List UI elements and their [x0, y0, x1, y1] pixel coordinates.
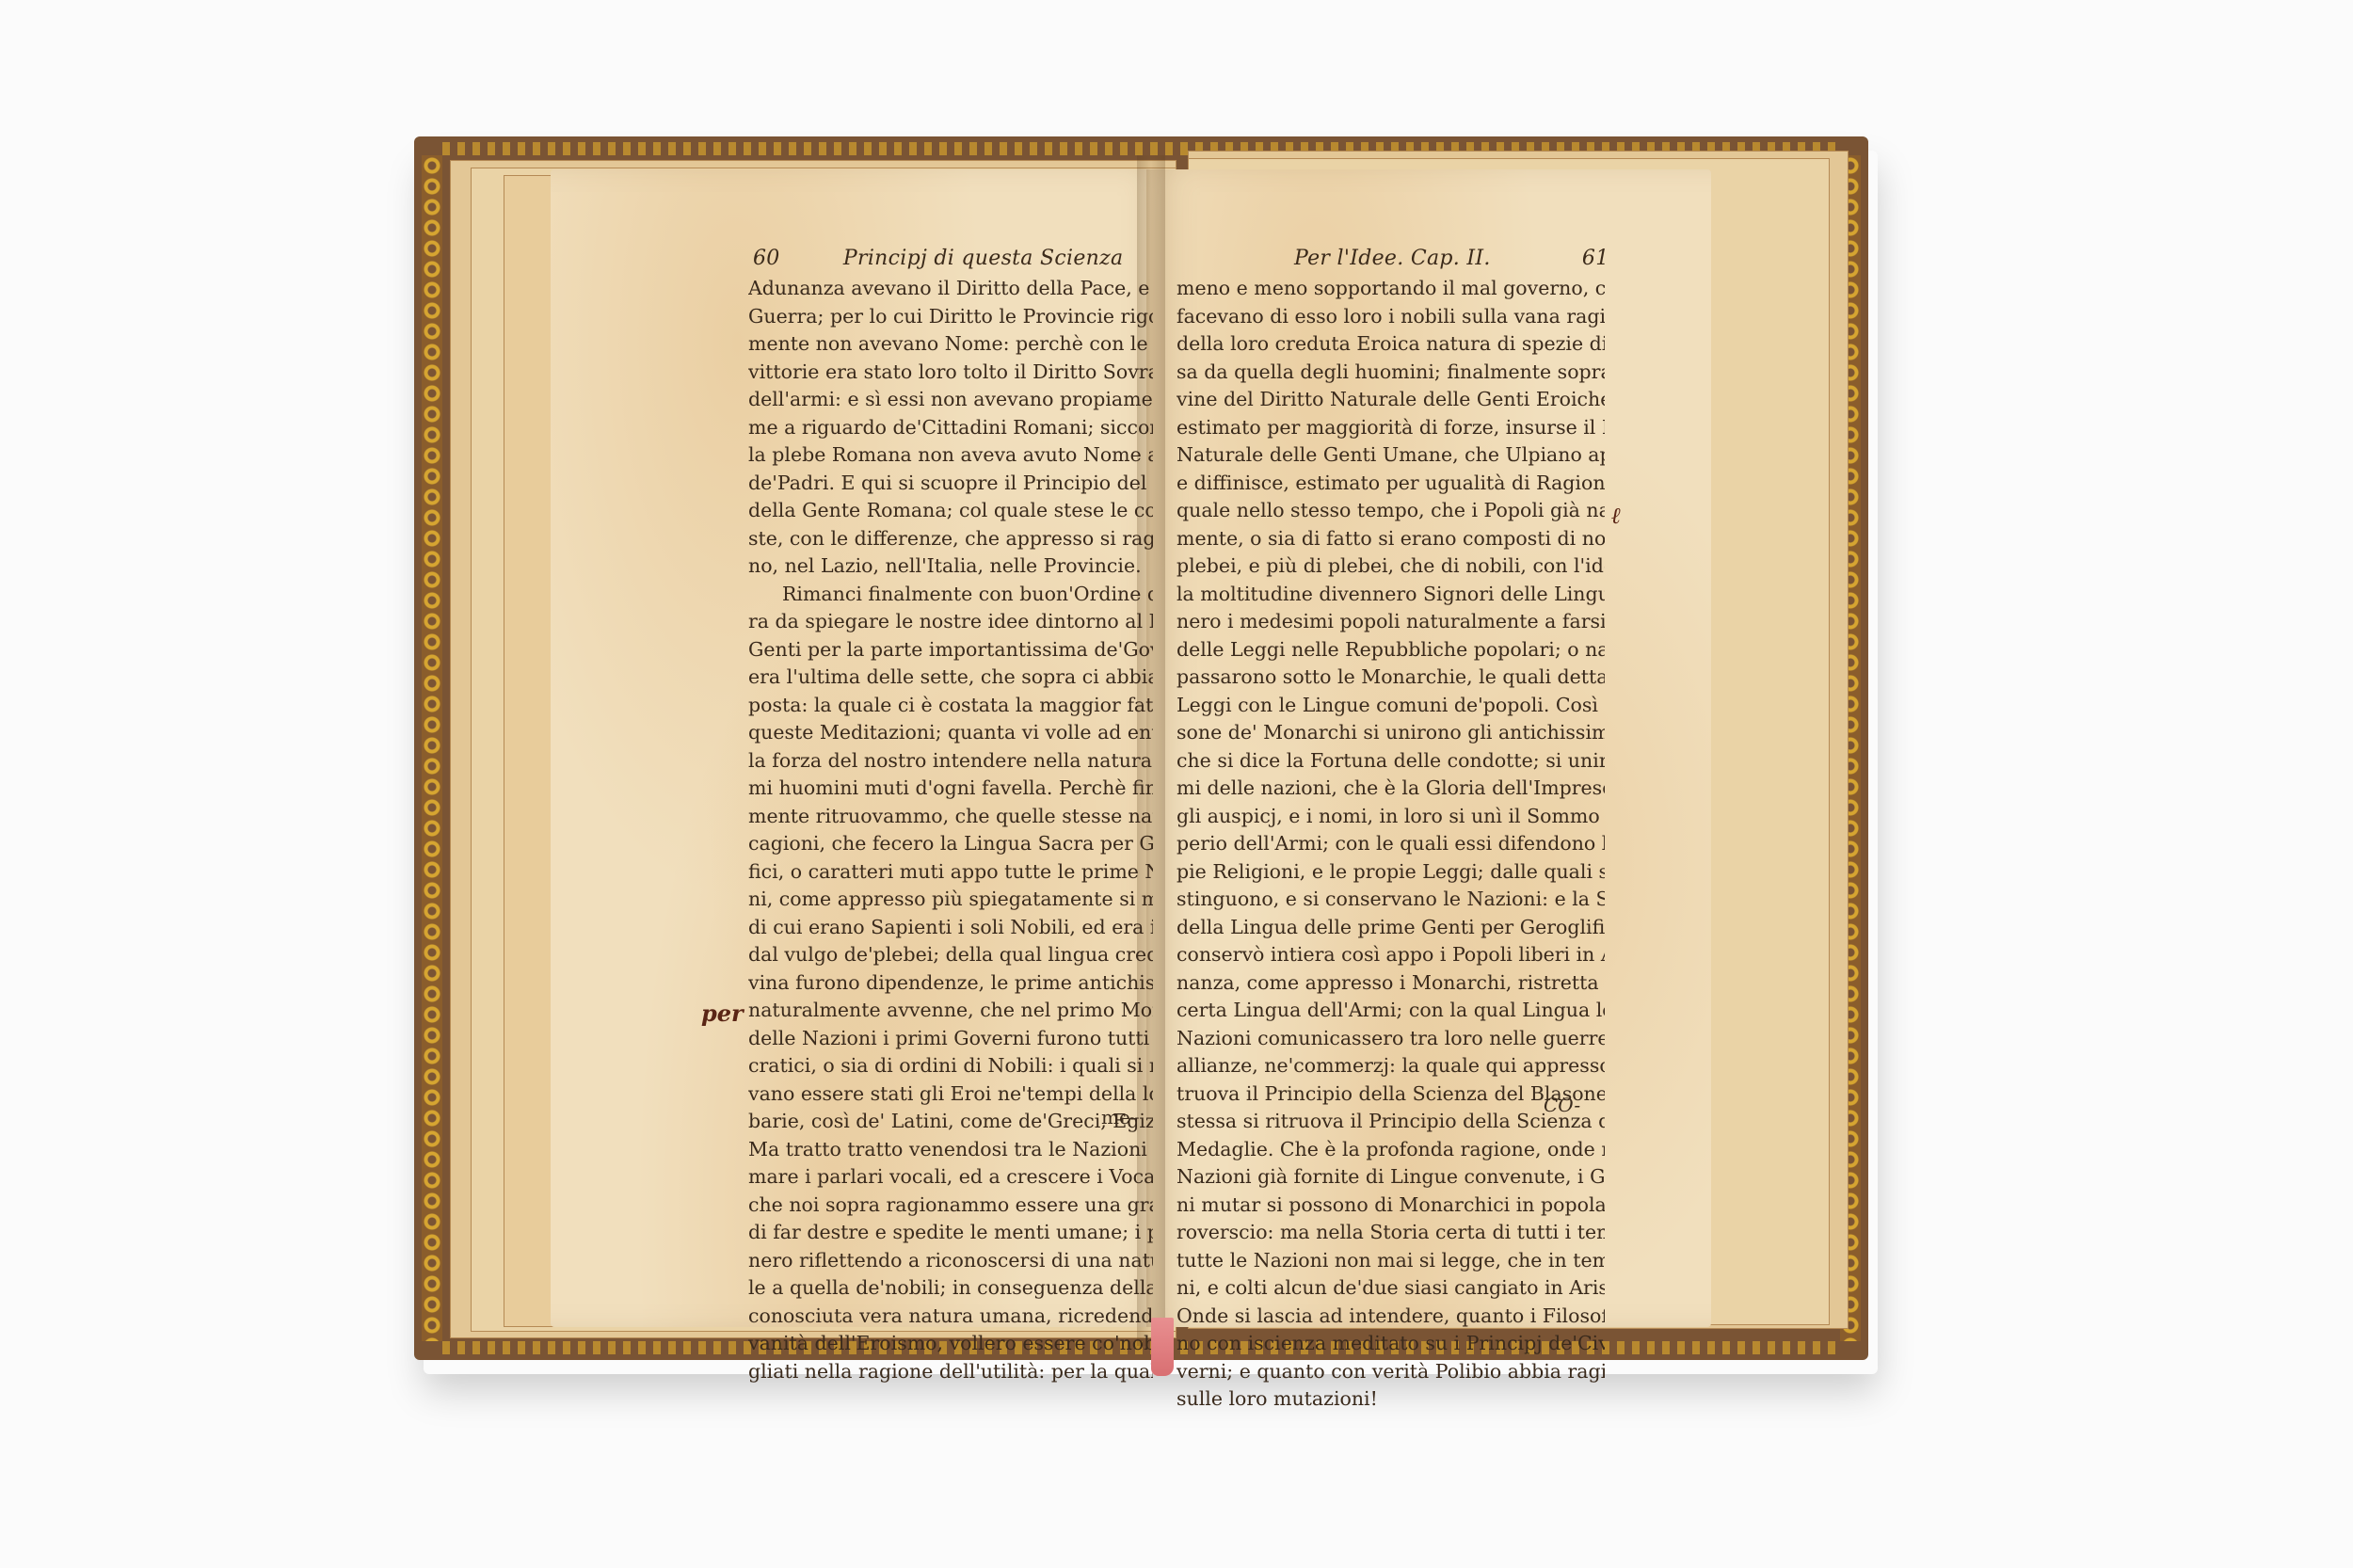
- margin-annotation-right: ℓ: [1611, 502, 1621, 530]
- left-running-title: Principj di questa Scienza: [843, 247, 1124, 270]
- text-line: nero i medesimi popoli naturalmente a fa…: [1176, 608, 1605, 636]
- text-line: Onde si lascia ad intendere, quanto i Fi…: [1176, 1303, 1605, 1331]
- right-folio: 61: [1582, 247, 1609, 270]
- text-line: la forza del nostro intendere nella natu…: [748, 747, 1153, 776]
- text-line: mare i parlari vocali, ed a crescere i V…: [748, 1163, 1153, 1192]
- text-line: vina furono dipendenze, le prime antichi…: [748, 969, 1153, 998]
- text-line: facevano di esso loro i nobili sulla van…: [1176, 303, 1605, 331]
- text-line: la plebe Romana non aveva avuto Nome a r…: [748, 441, 1153, 470]
- text-line: mente ritruovammo, che quelle stesse nat…: [748, 803, 1153, 831]
- text-line: vanità dell'Eroismo, vollero essere co'n…: [748, 1330, 1153, 1358]
- text-line: vine del Diritto Naturale delle Genti Er…: [1176, 386, 1605, 414]
- text-line: la moltitudine divennero Signori delle L…: [1176, 581, 1605, 609]
- text-line: di cui erano Sapienti i soli Nobili, ed …: [748, 914, 1153, 942]
- right-page-text: meno e meno sopportando il mal governo, …: [1176, 275, 1605, 1414]
- text-line: Genti per la parte importantissima de'Go…: [748, 636, 1153, 664]
- text-line: Medaglie. Che è la profonda ragione, ond…: [1176, 1136, 1605, 1164]
- text-line: Adunanza avevano il Diritto della Pace, …: [748, 275, 1153, 303]
- text-line: sulle loro mutazioni!: [1176, 1385, 1605, 1414]
- text-line: de'Padri. E qui si scuopre il Principio …: [748, 470, 1153, 498]
- text-line: nero riflettendo a riconoscersi di una n…: [748, 1247, 1153, 1275]
- text-line: della Lingua delle prime Genti per Gerog…: [1176, 914, 1605, 942]
- text-line: mi huomini muti d'ogni favella. Perchè f…: [748, 775, 1153, 803]
- text-line: certa Lingua dell'Armi; con la qual Ling…: [1176, 997, 1605, 1025]
- text-line: conosciuta vera natura umana, ricredendo…: [748, 1303, 1153, 1331]
- text-line: no con iscienza meditato su i Principj d…: [1176, 1330, 1605, 1358]
- text-line: tutte le Nazioni non mai si legge, che i…: [1176, 1247, 1605, 1275]
- text-line: di far destre e spedite le menti umane; …: [748, 1219, 1153, 1247]
- left-catchword: me-: [1101, 1106, 1137, 1128]
- right-catchword: CO-: [1544, 1094, 1580, 1116]
- text-line: vittorie era stato loro tolto il Diritto…: [748, 359, 1153, 387]
- text-line: gliati nella ragione dell'utilità: per l…: [748, 1358, 1153, 1386]
- text-line: quale nello stesso tempo, che i Popoli g…: [1176, 497, 1605, 525]
- bookmark-ribbon: [1151, 1318, 1174, 1376]
- left-folio: 60: [753, 247, 780, 270]
- text-line: pie Religioni, e le propie Leggi; dalle …: [1176, 858, 1605, 887]
- text-line: plebei, e più di plebei, che di nobili, …: [1176, 552, 1605, 581]
- text-line: della Gente Romana; col quale stese le c…: [748, 497, 1153, 525]
- text-line: conservò intiera così appo i Popoli libe…: [1176, 941, 1605, 969]
- text-line: mente non avevano Nome: perchè con le Ro…: [748, 330, 1153, 359]
- text-line: cratici, o sia di ordini di Nobili: i qu…: [748, 1052, 1153, 1080]
- text-line: fici, o caratteri muti appo tutte le pri…: [748, 858, 1153, 887]
- text-line: della loro creduta Eroica natura di spez…: [1176, 330, 1605, 359]
- text-line: sa da quella degli huomini; finalmente s…: [1176, 359, 1605, 387]
- gilt-border-left: [422, 155, 442, 1341]
- text-line: cagioni, che fecero la Lingua Sacra per …: [748, 830, 1153, 858]
- text-line: barie, così de' Latini, come de'Greci, E…: [748, 1108, 1153, 1136]
- text-line: ni, come appresso più spiegatamente si m…: [748, 886, 1153, 914]
- text-line: delle Leggi nelle Repubbliche popolari; …: [1176, 636, 1605, 664]
- text-line: ste, con le differenze, che appresso si …: [748, 525, 1153, 553]
- text-line: gli auspicj, e i nomi, in loro si unì il…: [1176, 803, 1605, 831]
- text-line: posta: la quale ci è costata la maggior …: [748, 692, 1153, 720]
- text-line: Nazioni già fornite di Lingue convenute,…: [1176, 1163, 1605, 1192]
- text-line: Ma tratto tratto venendosi tra le Nazion…: [748, 1136, 1153, 1164]
- left-page-text: Adunanza avevano il Diritto della Pace, …: [748, 275, 1153, 1385]
- text-line: queste Meditazioni; quanta vi volle ad e…: [748, 719, 1153, 747]
- text-line: verni; e quanto con verità Polibio abbia…: [1176, 1358, 1605, 1386]
- text-line: me a riguardo de'Cittadini Romani; sicco…: [748, 414, 1153, 442]
- text-line: era l'ultima delle sette, che sopra ci a…: [748, 664, 1153, 692]
- text-line: allianze, ne'commerzj: la quale qui appr…: [1176, 1052, 1605, 1080]
- text-line: ni mutar si possono di Monarchici in pop…: [1176, 1192, 1605, 1220]
- text-line: vano essere stati gli Eroi ne'tempi dell…: [748, 1080, 1153, 1109]
- text-line: truova il Principio della Scienza del Bl…: [1176, 1080, 1605, 1109]
- text-line: dell'armi: e sì essi non avevano propiam…: [748, 386, 1153, 414]
- text-line: roverscio: ma nella Storia certa di tutt…: [1176, 1219, 1605, 1247]
- right-running-title: Per l'Idee. Cap. II.: [1294, 247, 1491, 270]
- text-line: meno e meno sopportando il mal governo, …: [1176, 275, 1605, 303]
- text-line: no, nel Lazio, nell'Italia, nelle Provin…: [748, 552, 1153, 581]
- text-line: naturalmente avvenne, che nel primo Mond…: [748, 997, 1153, 1025]
- text-line: delle Nazioni i primi Governi furono tut…: [748, 1025, 1153, 1053]
- text-line: e diffinisce, estimato per ugualità di R…: [1176, 470, 1605, 498]
- text-line: Rimanci finalmente con buon'Ordine di na…: [748, 581, 1153, 609]
- text-line: Guerra; per lo cui Diritto le Provincie …: [748, 303, 1153, 331]
- left-running-head: 60 Principj di questa Scienza: [753, 247, 1123, 270]
- text-line: ni, e colti alcun de'due siasi cangiato …: [1176, 1274, 1605, 1303]
- text-line: stinguono, e si conservano le Nazioni: e…: [1176, 886, 1605, 914]
- text-line: Naturale delle Genti Umane, che Ulpiano …: [1176, 441, 1605, 470]
- text-line: stessa si ritruova il Principio della Sc…: [1176, 1108, 1605, 1136]
- text-line: mi delle nazioni, che è la Gloria dell'I…: [1176, 775, 1605, 803]
- text-line: sone de' Monarchi si unirono gli antichi…: [1176, 719, 1605, 747]
- margin-annotation-per: per: [701, 1000, 744, 1027]
- text-line: le a quella de'nobili; in conseguenza de…: [748, 1274, 1153, 1303]
- text-line: Nazioni comunicassero tra loro nelle gue…: [1176, 1025, 1605, 1053]
- text-line: che si dice la Fortuna delle condotte; s…: [1176, 747, 1605, 776]
- text-line: mente, o sia di fatto si erano composti …: [1176, 525, 1605, 553]
- text-line: perio dell'Armi; con le quali essi difen…: [1176, 830, 1605, 858]
- text-line: passarono sotto le Monarchie, le quali d…: [1176, 664, 1605, 692]
- right-running-head: Per l'Idee. Cap. II. 61: [1294, 247, 1609, 270]
- text-line: che noi sopra ragionammo essere una gran…: [748, 1192, 1153, 1220]
- text-line: Leggi con le Lingue comuni de'popoli. Co…: [1176, 692, 1605, 720]
- text-line: dal vulgo de'plebei; della qual lingua c…: [748, 941, 1153, 969]
- text-line: ra da spiegare le nostre idee dintorno a…: [748, 608, 1153, 636]
- text-line: nanza, come appresso i Monarchi, ristret…: [1176, 969, 1605, 998]
- text-line: estimato per maggiorità di forze, insurs…: [1176, 414, 1605, 442]
